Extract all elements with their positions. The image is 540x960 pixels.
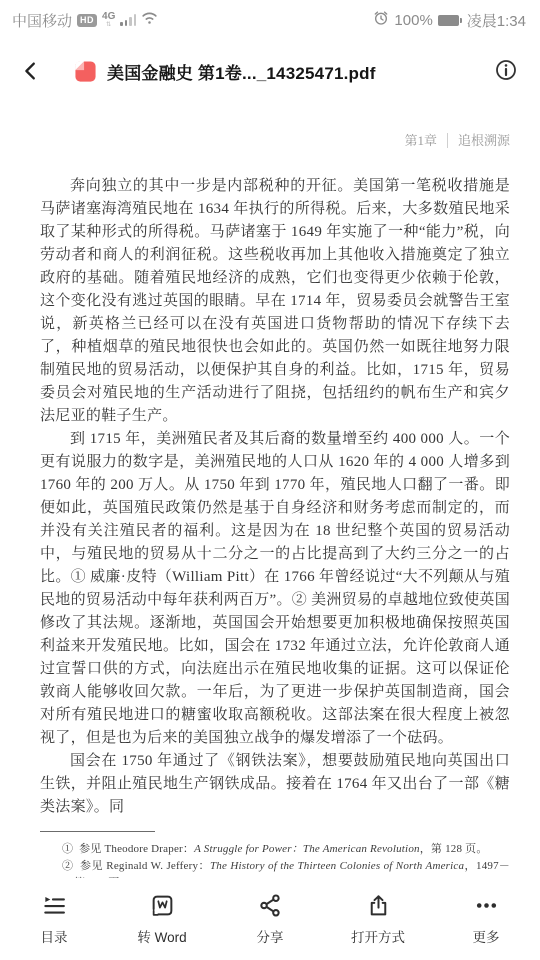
- footnote-divider: [40, 831, 155, 832]
- book-title: The History of the Thirteen Colonies of …: [210, 860, 464, 872]
- toolbar-label: 转 Word: [137, 926, 186, 946]
- info-button[interactable]: [494, 58, 520, 84]
- clock-label: 凌晨1:34: [467, 10, 526, 31]
- back-chevron-icon: [20, 60, 42, 82]
- toolbar-item-open-with[interactable]: 打开方式: [324, 893, 432, 946]
- convert-word-icon: [150, 893, 175, 918]
- back-button[interactable]: [20, 56, 46, 86]
- status-left: 中国移动 HD 4G ⇅: [12, 10, 158, 31]
- toc-icon: [42, 893, 67, 918]
- toolbar-label: 更多: [473, 926, 500, 946]
- toolbar-item-toc[interactable]: 目录: [0, 893, 108, 946]
- toolbar-item-convert-word[interactable]: 转 Word: [108, 893, 216, 946]
- body-paragraph: 国会在 1750 年通过了《钢铁法案》，想要鼓励殖民地向英国出口生铁，并阻止殖民…: [40, 750, 510, 819]
- toolbar-item-more[interactable]: 更多: [432, 893, 540, 946]
- toolbar-label: 分享: [257, 926, 284, 946]
- body-paragraph: 奔向独立的其中一步是内部税种的开征。美国第一笔税收措施是马萨诸塞海湾殖民地在 1…: [40, 175, 510, 428]
- app-header: 美国金融史 第1卷..._14325471.pdf: [0, 38, 540, 104]
- toolbar-item-share[interactable]: 分享: [216, 893, 324, 946]
- signal-bars-icon: [120, 14, 136, 26]
- battery-icon: [438, 15, 462, 26]
- chapter-title: 追根溯源: [458, 133, 510, 148]
- network-type-indicator: 4G ⇅: [102, 12, 115, 28]
- footnote: ① 参见 Theodore Draper：A Struggle for Powe…: [40, 841, 510, 858]
- hd-badge: HD: [77, 14, 97, 27]
- battery-percent-label: 100%: [394, 12, 432, 29]
- pdf-page-content: 第1章追根溯源 奔向独立的其中一步是内部税种的开征。美国第一笔税收措施是马萨诸塞…: [0, 104, 540, 923]
- toolbar-label: 目录: [41, 926, 68, 946]
- bottom-toolbar: 目录 转 Word 分享 打开方式: [0, 878, 540, 960]
- running-header: 第1章追根溯源: [40, 130, 510, 149]
- info-icon: [494, 58, 518, 82]
- status-bar: 中国移动 HD 4G ⇅ 100% 凌晨1:34: [0, 0, 540, 38]
- data-activity-icon: ⇅: [106, 22, 111, 28]
- wifi-icon: [141, 11, 158, 29]
- pdf-file-icon: [74, 60, 97, 83]
- more-icon: [474, 893, 499, 918]
- alarm-clock-icon: [373, 10, 389, 30]
- share-icon: [258, 893, 283, 918]
- book-title: A Struggle for Power：The American Revolu…: [194, 843, 420, 855]
- body-paragraph: 到 1715 年，美洲殖民者及其后裔的数量增至约 400 000 人。一个更有说…: [40, 428, 510, 750]
- chapter-number: 第1章: [404, 133, 448, 148]
- open-with-icon: [366, 893, 391, 918]
- carrier-label: 中国移动: [12, 10, 72, 31]
- status-right: 100% 凌晨1:34: [373, 10, 526, 31]
- toolbar-label: 打开方式: [351, 926, 405, 946]
- document-title: 美国金融史 第1卷..._14325471.pdf: [107, 59, 376, 84]
